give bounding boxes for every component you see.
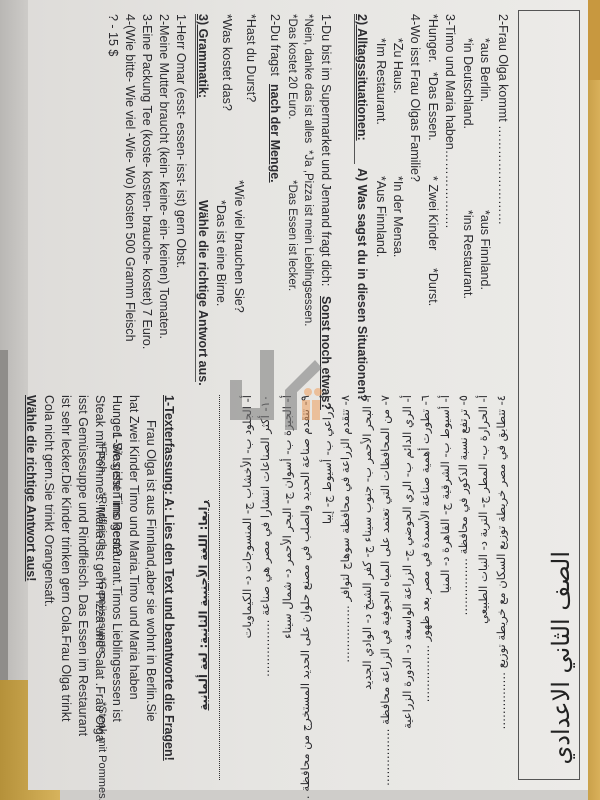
question-4: 4-Wo isst Frau Olgas Familie? xyxy=(408,14,422,182)
option: * Zwei Kinder xyxy=(426,176,440,250)
section-2-heading: 2) Alltagssituationen: xyxy=(355,14,369,141)
reading-text-line: isst Gemüsesuppe und Rindfleisch. Das Es… xyxy=(76,395,90,736)
option: *Fisch. xyxy=(96,442,108,476)
arabic-line: أ- الري الدائم ب- الري الحوضي ج- الزراعة… xyxy=(400,395,414,780)
option: *ins Restaurant. xyxy=(461,210,475,299)
arabic-line: أ- الجيزة ب- أسوان ج- البحر الأحمر د- شم… xyxy=(280,395,294,780)
option: *aus Berlin. xyxy=(478,38,492,102)
underline xyxy=(354,14,355,164)
question-2: 2-Frau Olga kommt …………………… xyxy=(496,14,510,225)
header-title: الصف الثاني الاعدادي xyxy=(547,551,575,765)
arabic-line: أ- الحرارة ب- المطر ج- التربة د- النبات … xyxy=(476,395,490,780)
arabic-line: أ- البحر الأحمر ب- جنوب سيناء ج- كفر الش… xyxy=(360,395,374,780)
arabic-line: ٤- تتطابق في مصر خريطة توزيع السكان مع خ… xyxy=(494,395,508,780)
option: *Das kostet 20 Euro. xyxy=(286,14,298,119)
table-surface xyxy=(588,0,600,800)
option: *Zu Haus. xyxy=(391,38,405,94)
s2-question-1: 1-Du bist im Supermarket und Jemand frag… xyxy=(319,14,333,286)
arabic-line: أ- الجلود ب- الأخشاب ج- المنسوجات د- الك… xyxy=(240,395,254,780)
option: *aus Finnland. xyxy=(478,210,492,290)
option: *Was kostet das? xyxy=(220,14,234,111)
arabic-line: أ- أسيوط ب- الشرقية ج- القاهرة د- المنيا xyxy=(438,395,452,780)
arabic-line: ٩- تتقدم صناعة الحديد والصلب في مصنع حلو… xyxy=(298,395,312,780)
reading-question-1: 1-Was isst Timo gern? xyxy=(110,432,124,556)
reading-text-line: hat Zwei Kinder Timo und Maria.Timo und … xyxy=(127,395,141,700)
option: *Ja ,Pizza ist mein Lieblingsessen. xyxy=(302,150,314,326)
option: *Das Essen ist lecker. xyxy=(286,180,298,291)
arabic-line: ٥- ترتفع نسبة الذكور في محافظة …………… xyxy=(456,395,470,780)
option: *Im Restaurant. xyxy=(374,38,388,125)
arabic-line: ٦- تطورت أهمية صناعة الأسمدة في مصر بعد … xyxy=(418,395,432,780)
option: *Hunger. xyxy=(426,14,440,63)
arabic-line: ٨- تتقدم الزراعة في محافظة سوهاج لتوافر … xyxy=(338,395,352,780)
option: *In der Mensa. xyxy=(391,176,405,257)
option: *Das Essen. xyxy=(426,72,440,141)
reading-instruction: Wähle die richtige Antwort aus! xyxy=(24,395,38,581)
option: *Wie viel brauchen Sie? xyxy=(232,180,246,313)
arabic-section-heading: رابعا: اللغة الأجنبية الثانية: لغة ألمان… xyxy=(196,500,210,711)
grammar-item: 2-Meine Mutter braucht (kein- keine- ein… xyxy=(157,14,171,339)
option: *Hast du Durst? xyxy=(244,14,258,102)
option: *Das ist eine Birne. xyxy=(214,200,228,306)
grammar-item: ? - 15 $ xyxy=(106,14,120,56)
reading-heading: 1-Texterfassung: A: Lies den Text und be… xyxy=(162,395,176,761)
option: *Aus Finnland. xyxy=(374,176,388,257)
arabic-line: ١٠- أكثر الصناعات انتشارا في مصر هي صناع… xyxy=(258,395,272,780)
reading-text-line: Frau Olga ist aus Finnland,aber sie wohn… xyxy=(144,420,158,722)
grammar-item: 3-Eine Packung Tee (koste- kosten- brauc… xyxy=(140,14,154,349)
section-2-instruction: A) Was sagst du in diesen Situationen? xyxy=(355,168,369,402)
dotted-separator xyxy=(219,395,220,780)
option: *Durst. xyxy=(426,268,440,306)
option: *Nein, danke das ist alles xyxy=(302,14,314,143)
reading-text-line: Cola nicht gern.Sie trinkt Orangensaft. xyxy=(42,395,56,607)
watermark-logo xyxy=(190,330,330,450)
section-3-heading: 3) Grammatik: xyxy=(196,14,210,98)
option: *Steak mit Pommes. xyxy=(96,702,108,800)
arabic-line: ٧- من المحافظات التي تعتمد على المياه ال… xyxy=(378,395,392,780)
grammar-item: 4-(Wie bitte- Wie viel -Wie- Wo) kosten … xyxy=(123,14,137,342)
grammar-item: 1-Herr Omar (esst- essen- isst- ist) ger… xyxy=(174,14,188,268)
s2-question-2: 2-Du fragst xyxy=(268,14,282,76)
option: *Rindfleisch. xyxy=(96,492,108,553)
arabic-line: أ- زراعي ب- أسيوط ج- إيبا xyxy=(320,395,334,780)
option: *Gemüsesuppe. xyxy=(96,577,108,656)
header-box: الصف الثاني الاعدادي xyxy=(518,10,580,780)
underline xyxy=(195,14,196,382)
option: *in Deutschland. xyxy=(461,38,475,129)
reading-text-line: ist sehr lecker.Die Kinder trinken gern … xyxy=(59,395,73,722)
s2-question-2-underlined: nach der Menge. xyxy=(268,84,282,183)
question-3: 3-Timo und Maria haben………………. xyxy=(443,14,457,228)
